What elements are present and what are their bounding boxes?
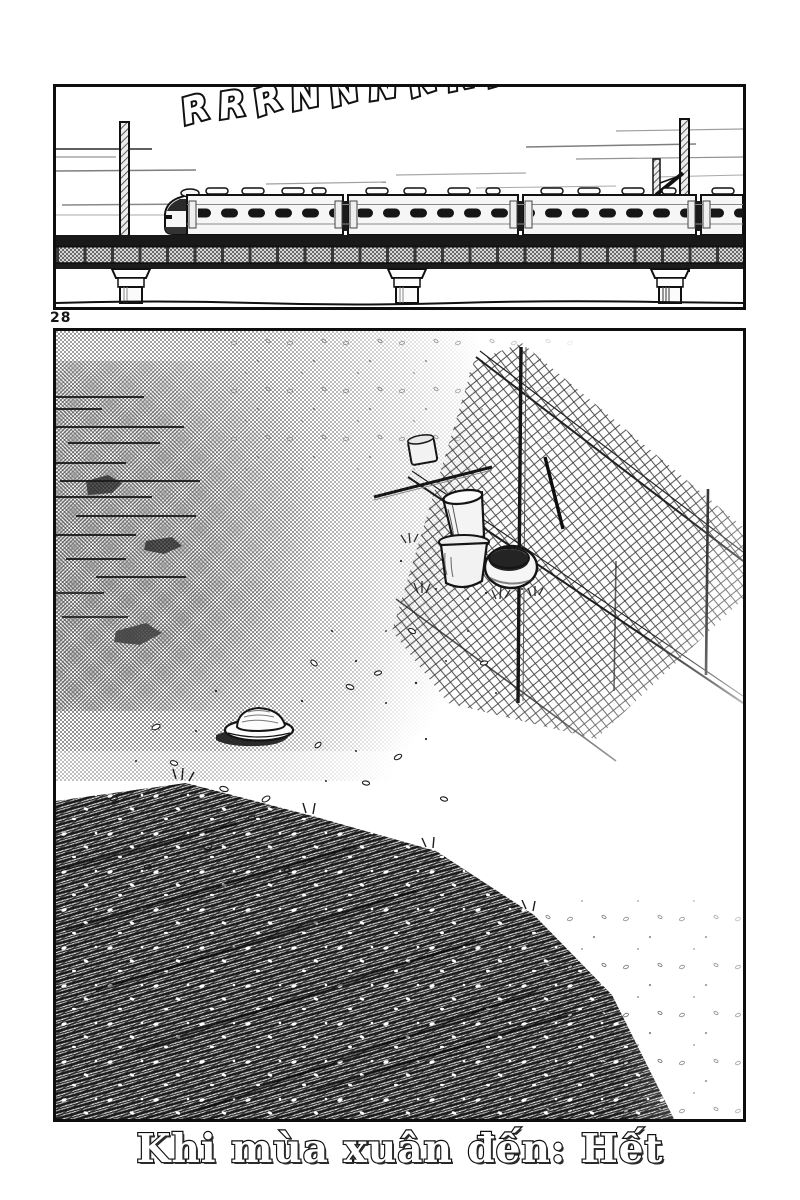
panel-garden-scene bbox=[53, 328, 746, 1122]
manga-page: RRRNNNNNN 28 bbox=[0, 0, 800, 1200]
bridge-piers bbox=[112, 269, 689, 303]
panel-train-bridge: RRRNNNNNN bbox=[53, 84, 746, 310]
garden-scene-illustration bbox=[56, 331, 743, 1119]
chapter-end-caption: Khi mùa xuân đến: Hết bbox=[0, 1126, 800, 1172]
bridge bbox=[56, 235, 743, 305]
specks-bottom-right bbox=[536, 891, 743, 1119]
train-bridge-illustration bbox=[56, 87, 743, 306]
page-number: 28 bbox=[50, 310, 71, 326]
train bbox=[165, 188, 743, 243]
